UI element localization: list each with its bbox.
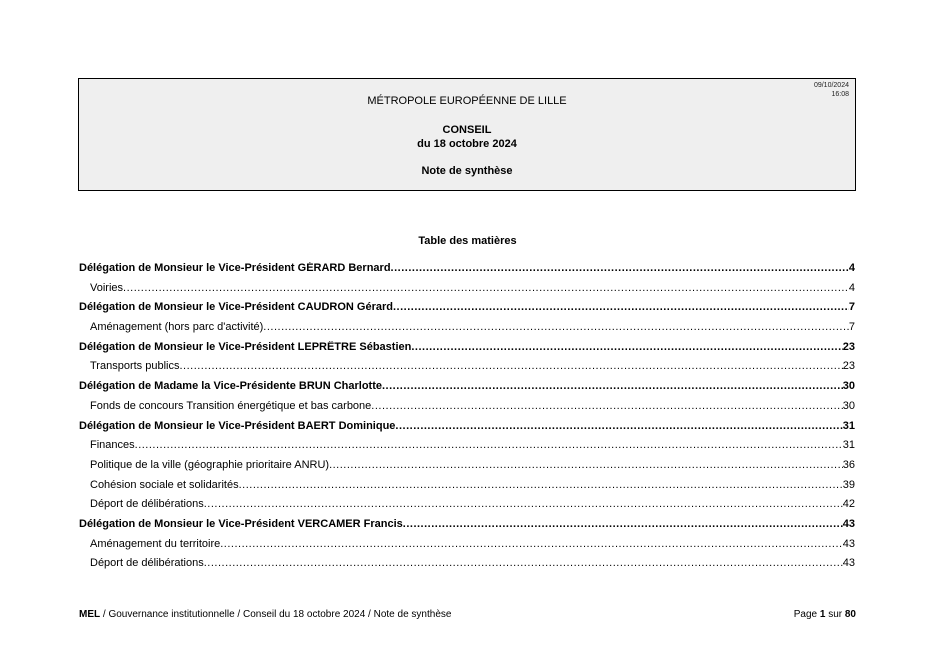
toc-dot-leader — [411, 341, 842, 353]
toc-entry-page: 42 — [843, 498, 855, 510]
toc-subsection-entry[interactable]: Voiries4 — [79, 282, 855, 302]
toc-section-entry[interactable]: Délégation de Monsieur le Vice-Président… — [79, 262, 855, 282]
toc-section-entry[interactable]: Délégation de Monsieur le Vice-Président… — [79, 301, 855, 321]
toc-dot-leader — [263, 321, 849, 333]
toc-dot-leader — [179, 360, 842, 372]
toc-entry-page: 36 — [843, 459, 855, 471]
toc-entry-label: Déport de délibérations — [90, 557, 204, 569]
toc-title: Table des matières — [0, 235, 935, 247]
toc-subsection-entry[interactable]: Finances31 — [79, 439, 855, 459]
toc-subsection-entry[interactable]: Cohésion sociale et solidarités39 — [79, 479, 855, 499]
toc-section-entry[interactable]: Délégation de Monsieur le Vice-Président… — [79, 518, 855, 538]
toc-entry-page: 30 — [843, 380, 855, 392]
meeting-name: CONSEIL — [79, 123, 855, 137]
meeting-date: du 18 octobre 2024 — [79, 137, 855, 151]
page-number: Page 1 sur 80 — [794, 609, 856, 620]
toc-subsection-entry[interactable]: Déport de délibérations43 — [79, 557, 855, 577]
toc-subsection-entry[interactable]: Politique de la ville (géographie priori… — [79, 459, 855, 479]
toc-entry-label: Délégation de Monsieur le Vice-Président… — [79, 301, 393, 313]
toc-subsection-entry[interactable]: Aménagement du territoire43 — [79, 538, 855, 558]
toc-subsection-entry[interactable]: Transports publics23 — [79, 360, 855, 380]
toc-entry-label: Transports publics — [90, 360, 179, 372]
toc-dot-leader — [204, 498, 843, 510]
toc-entry-label: Déport de délibérations — [90, 498, 204, 510]
toc-section-entry[interactable]: Délégation de Madame la Vice-Présidente … — [79, 380, 855, 400]
toc-section-entry[interactable]: Délégation de Monsieur le Vice-Président… — [79, 341, 855, 361]
toc-entry-page: 39 — [843, 479, 855, 491]
toc-dot-leader — [393, 301, 849, 313]
toc-dot-leader — [135, 439, 843, 451]
toc-entry-label: Politique de la ville (géographie priori… — [90, 459, 329, 471]
toc-dot-leader — [220, 538, 843, 550]
toc-entry-page: 31 — [843, 439, 855, 451]
toc-dot-leader — [391, 262, 849, 274]
toc-entry-page: 43 — [843, 538, 855, 550]
footer-breadcrumb: MEL / Gouvernance institutionnelle / Con… — [79, 609, 451, 620]
toc-entry-page: 43 — [843, 557, 855, 569]
footer-path: / Gouvernance institutionnelle / Conseil… — [100, 609, 451, 620]
toc-dot-leader — [329, 459, 843, 471]
toc-subsection-entry[interactable]: Déport de délibérations42 — [79, 498, 855, 518]
footer-org: MEL — [79, 609, 100, 620]
toc-entry-label: Aménagement du territoire — [90, 538, 220, 550]
document-header: 09/10/2024 16:08 MÉTROPOLE EUROPÉENNE DE… — [78, 78, 856, 191]
toc-subsection-entry[interactable]: Aménagement (hors parc d'activité)7 — [79, 321, 855, 341]
toc-subsection-entry[interactable]: Fonds de concours Transition énergétique… — [79, 400, 855, 420]
toc-section-entry[interactable]: Délégation de Monsieur le Vice-Président… — [79, 420, 855, 440]
toc-entry-label: Voiries — [90, 282, 123, 294]
document-type: Note de synthèse — [79, 165, 855, 177]
toc-entry-page: 23 — [843, 341, 855, 353]
meeting-title: CONSEIL du 18 octobre 2024 — [79, 123, 855, 151]
toc-entry-page: 7 — [849, 321, 855, 333]
toc-entry-page: 4 — [849, 282, 855, 294]
print-date: 09/10/2024 — [814, 81, 849, 90]
toc-entry-page: 43 — [843, 518, 855, 530]
toc-dot-leader — [239, 479, 843, 491]
toc-entry-page: 7 — [849, 301, 855, 313]
toc-entry-page: 30 — [843, 400, 855, 412]
toc-entry-label: Délégation de Monsieur le Vice-Président… — [79, 341, 411, 353]
toc-entry-label: Aménagement (hors parc d'activité) — [90, 321, 263, 333]
toc-dot-leader — [123, 282, 849, 294]
organization-name: MÉTROPOLE EUROPÉENNE DE LILLE — [79, 95, 855, 107]
total-pages: 80 — [845, 609, 856, 620]
toc-dot-leader — [395, 420, 842, 432]
toc-entry-label: Délégation de Madame la Vice-Présidente … — [79, 380, 382, 392]
page-footer: MEL / Gouvernance institutionnelle / Con… — [79, 609, 856, 620]
toc-entry-page: 4 — [849, 262, 855, 274]
toc-dot-leader — [382, 380, 843, 392]
toc-dot-leader — [204, 557, 843, 569]
toc-entry-label: Fonds de concours Transition énergétique… — [90, 400, 371, 412]
toc-entry-label: Délégation de Monsieur le Vice-Président… — [79, 518, 403, 530]
toc-entry-label: Finances — [90, 439, 135, 451]
toc-entry-label: Délégation de Monsieur le Vice-Président… — [79, 262, 391, 274]
toc-entry-page: 23 — [843, 360, 855, 372]
toc-dot-leader — [403, 518, 843, 530]
toc-dot-leader — [371, 400, 842, 412]
table-of-contents: Délégation de Monsieur le Vice-Président… — [79, 262, 855, 577]
toc-entry-label: Délégation de Monsieur le Vice-Président… — [79, 420, 395, 432]
toc-entry-page: 31 — [843, 420, 855, 432]
toc-entry-label: Cohésion sociale et solidarités — [90, 479, 239, 491]
